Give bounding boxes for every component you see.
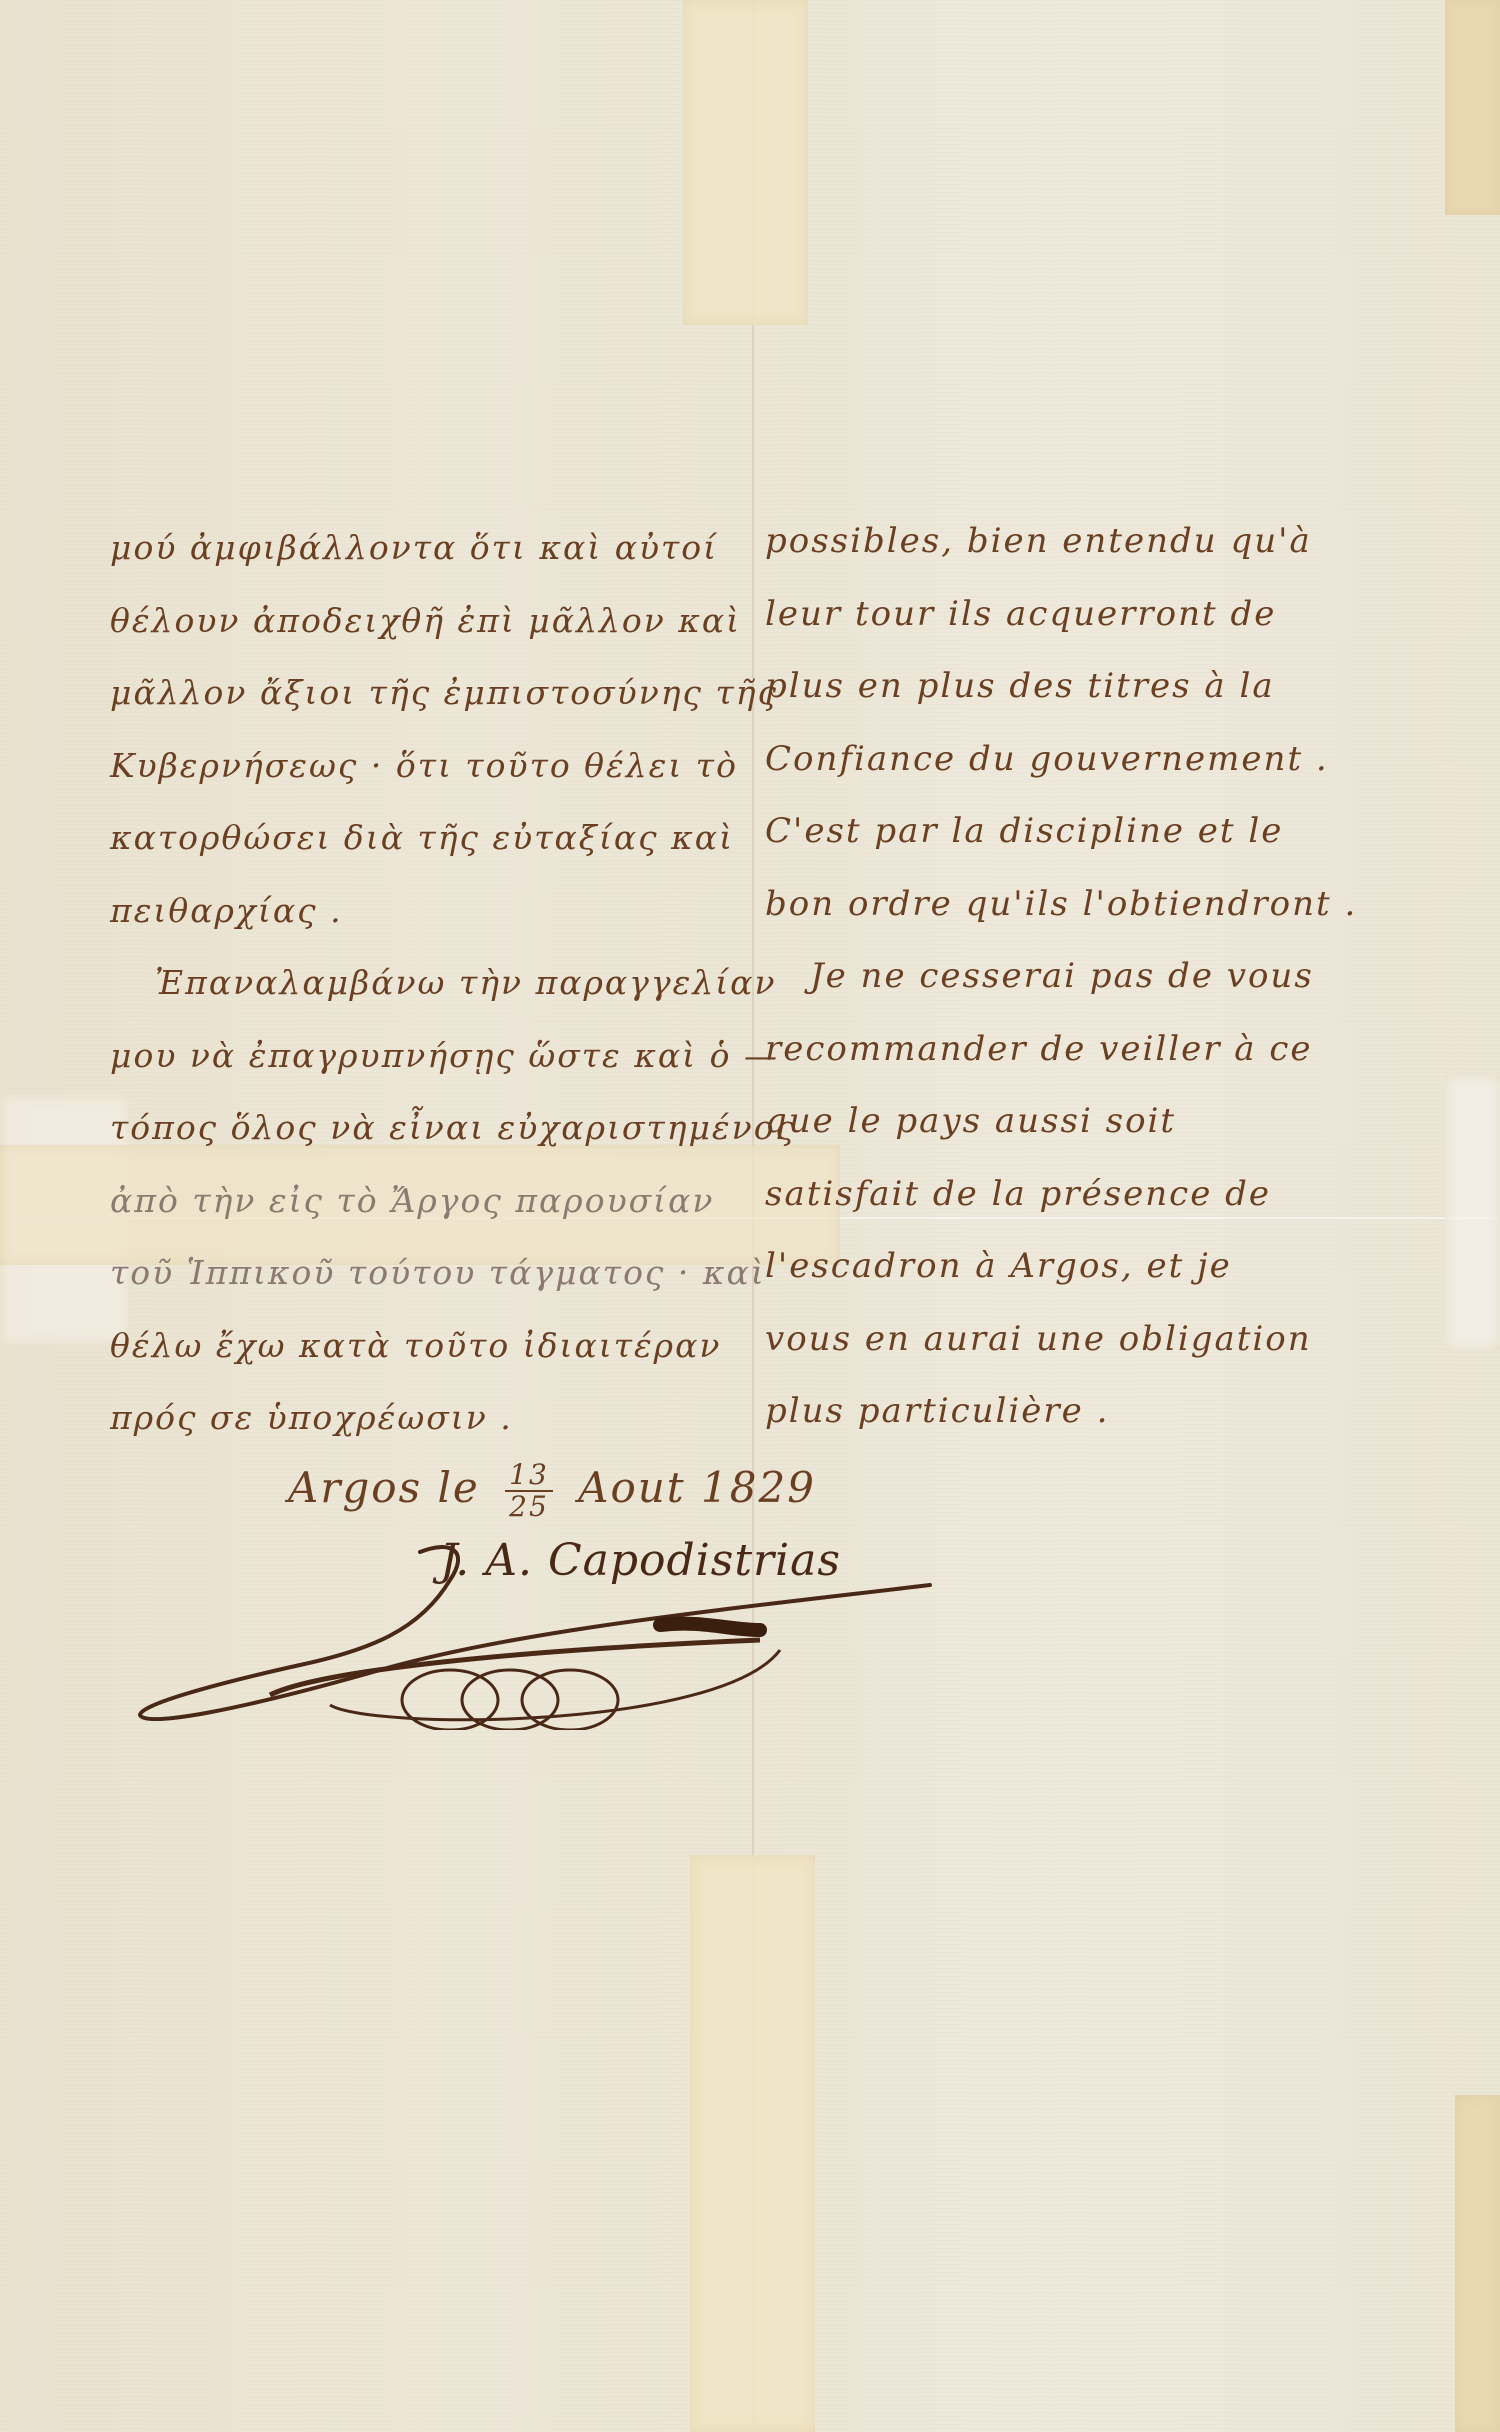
day-old-style: 13 <box>505 1460 553 1492</box>
french-line: vous en aurai une obligation <box>765 1303 1357 1376</box>
dateline-day-fraction: 13 25 <box>505 1460 553 1522</box>
greek-line: θέλω ἔχω κατὰ τοῦτο ἰδιαιτέραν <box>110 1310 796 1383</box>
signature: J. A. Capodistrias <box>120 1530 950 1730</box>
french-line: Confiance du gouvernement . <box>765 723 1357 796</box>
signature-name: J. A. Capodistrias <box>440 1535 841 1586</box>
french-line: l'escadron à Argos, et je <box>765 1230 1357 1303</box>
greek-line: μᾶλλον ἄξιοι τῆς ἐμπιστοσύνης τῆς <box>110 657 796 730</box>
day-new-style: 25 <box>505 1492 553 1522</box>
dateline: Argos le 13 25 Aout 1829 <box>288 1460 816 1522</box>
french-line: possibles, bien entendu qu'à <box>765 505 1357 578</box>
french-line: satisfait de la présence de <box>765 1158 1357 1231</box>
greek-line: μου νὰ ἐπαγρυπνήσῃς ὥστε καὶ ὁ — <box>110 1020 796 1093</box>
greek-line-under-tape: ἀπὸ τὴν εἰς τὸ Ἄργος παρουσίαν <box>110 1165 796 1238</box>
tape-strip-mid-right <box>1445 1075 1500 1350</box>
greek-line: θέλουν ἀποδειχθῆ ἐπὶ μᾶλλον καὶ <box>110 585 796 658</box>
greek-line: Κυβερνήσεως · ὅτι τοῦτο θέλει τὸ <box>110 730 796 803</box>
greek-text-column: μού ἀμφιβάλλοντα ὅτι καὶ αὐτοί θέλουν ἀπ… <box>110 512 796 1455</box>
french-line: plus particulière . <box>765 1375 1357 1448</box>
tape-strip-bottom-right <box>1455 2095 1500 2432</box>
french-line: leur tour ils acquerront de <box>765 578 1357 651</box>
french-paragraph-start: Je ne cesserai pas de vous <box>765 940 1357 1013</box>
french-line: que le pays aussi soit <box>765 1085 1357 1158</box>
dateline-place: Argos le <box>288 1463 480 1512</box>
french-line: plus en plus des titres à la <box>765 650 1357 723</box>
greek-line: τόπος ὅλος νὰ εἶναι εὐχαριστημένος <box>110 1092 796 1165</box>
french-line: C'est par la discipline et le <box>765 795 1357 868</box>
greek-line-under-tape: τοῦ Ἱππικοῦ τούτου τάγματος · καὶ <box>110 1237 796 1310</box>
tape-strip-top-center <box>683 0 808 325</box>
tape-strip-top-right <box>1445 0 1500 215</box>
dateline-month-year: Aout 1829 <box>578 1463 816 1512</box>
greek-line: μού ἀμφιβάλλοντα ὅτι καὶ αὐτοί <box>110 512 796 585</box>
tape-strip-bottom-center <box>690 1855 815 2432</box>
greek-line: πρός σε ὑποχρέωσιν . <box>110 1382 796 1455</box>
greek-line: κατορθώσει διὰ τῆς εὐταξίας καὶ <box>110 802 796 875</box>
greek-paragraph-start: Ἐπαναλαμβάνω τὴν παραγγελίαν <box>110 947 796 1020</box>
greek-line: πειθαρχίας . <box>110 875 796 948</box>
french-text-column: possibles, bien entendu qu'à leur tour i… <box>765 505 1357 1448</box>
french-line: bon ordre qu'ils l'obtiendront . <box>765 868 1357 941</box>
french-line: recommander de veiller à ce <box>765 1013 1357 1086</box>
